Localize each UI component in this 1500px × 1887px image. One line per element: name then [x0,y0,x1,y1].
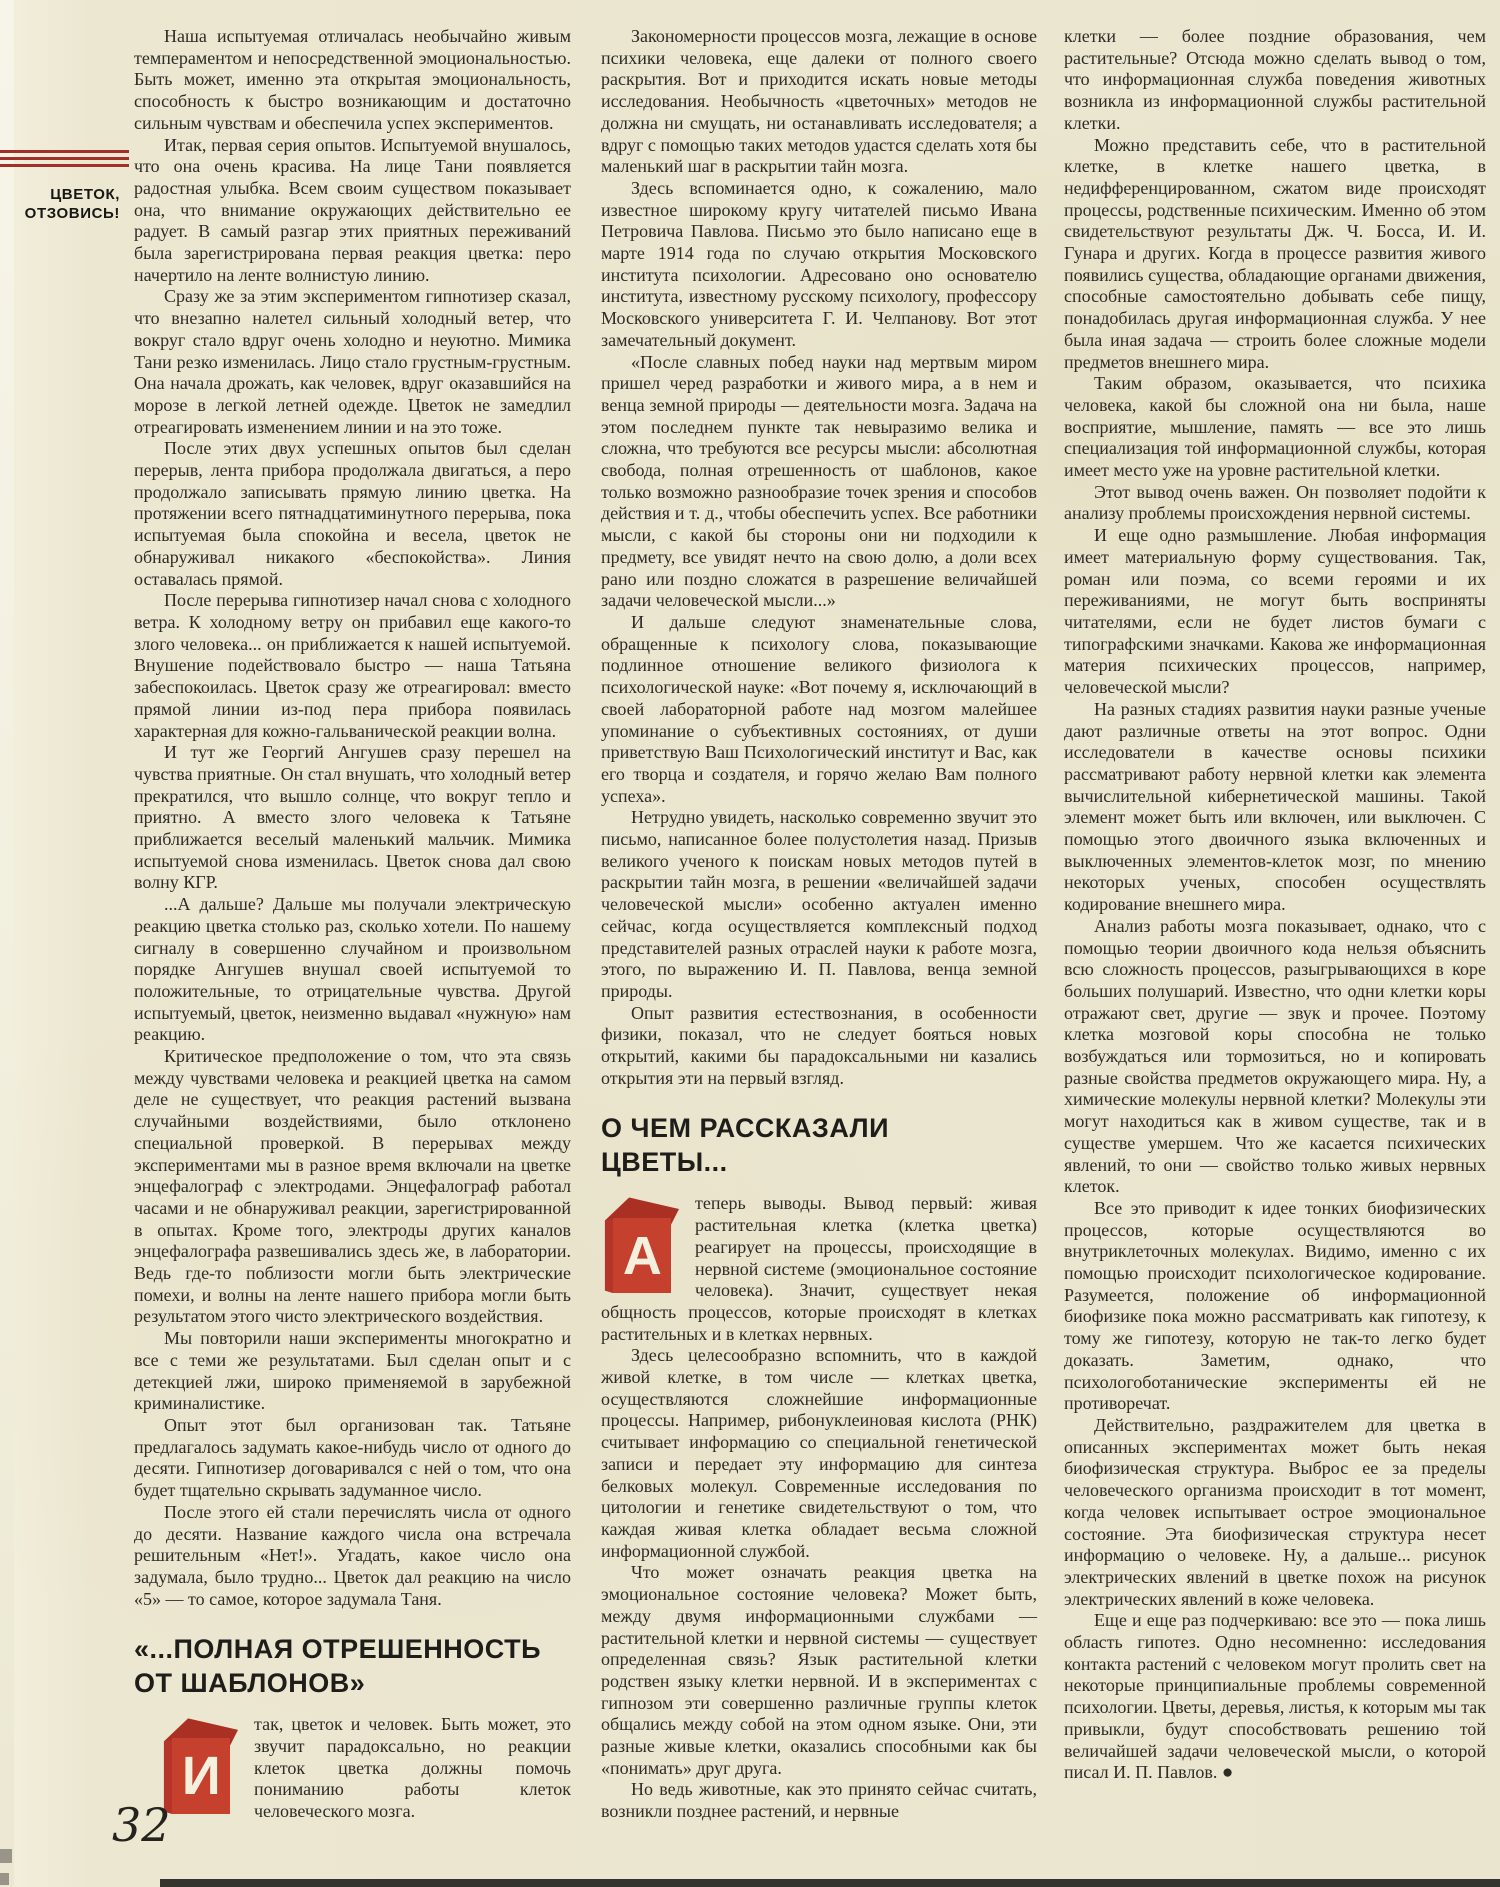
end-of-article-dot-icon: ● [1222,1762,1233,1783]
paragraph: Мы повторили наши эксперименты многократ… [134,1328,571,1415]
paragraph: Наша испытуемая отличалась необычайно жи… [134,26,571,135]
paragraph: Действительно, раздражителем для цветка … [1064,1415,1486,1610]
paragraph: Итак, первая серия опытов. Испытуемой вн… [134,135,571,287]
paragraph: И тут же Георгий Ангушев сразу перешел н… [134,742,571,894]
rubric-line-1: ЦВЕТОК, [0,185,120,204]
paragraph: Что может означать реакция цветка на эмо… [601,1562,1037,1779]
paragraph: После этих двух успешных опытов был сдел… [134,438,571,590]
rubric-line-2: ОТЗОВИСЬ! [0,204,120,223]
paragraph: Закономерности процессов мозга, лежащие … [601,26,1037,178]
dropcap-letter-i-icon: И [160,1718,238,1814]
paragraph: После перерыва гипнотизер начал снова с … [134,590,571,742]
paragraph: Здесь целесообразно вспомнить, что в каж… [601,1345,1037,1562]
scan-left-edge [0,0,14,1887]
dropcap-letter-a-icon: А [601,1197,679,1293]
column-1: Наша испытуемая отличалась необычайно жи… [134,26,571,1823]
scan-mark [0,1873,9,1885]
paragraph: После этого ей стали перечислять числа о… [134,1502,571,1611]
paragraph: И еще одно размышление. Любая информация… [1064,525,1486,699]
paragraph: Здесь вспоминается одно, к сожалению, ма… [601,178,1037,352]
paragraph: Можно представить себе, что в растительн… [1064,135,1486,374]
paragraph: Таким образом, оказывается, что психика … [1064,373,1486,482]
paragraph-last: Еще и еще раз подчеркиваю: все это — пок… [1064,1610,1486,1784]
paragraph: Но ведь животные, как это принято сейчас… [601,1779,1037,1822]
dropcap-text: так, цветок и человек. Быть может, это з… [254,1714,571,1821]
paragraph-continuation: клетки — более поздние образования, чем … [1064,26,1486,135]
paragraph: И дальше следуют знаменательные слова, о… [601,612,1037,807]
paragraph: Опыт этот был организован так. Татьяне п… [134,1415,571,1502]
dropcap-paragraph: И так, цветок и человек. Быть может, это… [134,1714,571,1823]
column-3: клетки — более поздние образования, чем … [1064,26,1486,1784]
paragraph: Сразу же за этим экспериментом гипнотизе… [134,286,571,438]
paragraph: Этот вывод очень важен. Он позволяет под… [1064,482,1486,525]
paragraph: Опыт развития естествознания, в особенно… [601,1003,1037,1090]
scan-bottom-edge [160,1879,1500,1887]
column-2: Закономерности процессов мозга, лежащие … [601,26,1037,1823]
magazine-page: ЦВЕТОК, ОТЗОВИСЬ! Наша испытуемая отлича… [0,0,1500,1887]
paragraph: Критическое предположение о том, что эта… [134,1046,571,1328]
section-heading-full-detachment: «...ПОЛНАЯ ОТРЕШЕННОСТЬ ОТ ШАБЛОНОВ» [134,1632,571,1700]
scan-mark [0,1849,12,1863]
page-number: 32 [112,1798,171,1852]
rubric-title: ЦВЕТОК, ОТЗОВИСЬ! [0,185,120,223]
paragraph: «После славных побед науки над мертвым м… [601,352,1037,612]
dropcap-paragraph: А теперь выводы. Вывод первый: живая рас… [601,1193,1037,1345]
paragraph: На разных стадиях развития науки разные … [1064,699,1486,916]
paragraph: ...А дальше? Дальше мы получали электрич… [134,894,571,1046]
section-heading-what-flowers-told: О ЧЕМ РАССКАЗАЛИ ЦВЕТЫ... [601,1111,1037,1179]
red-rules-decoration [0,150,129,171]
paragraph: Все это приводит к идее тонких биофизиче… [1064,1198,1486,1415]
paragraph: Анализ работы мозга показывает, однако, … [1064,916,1486,1198]
paragraph: Нетрудно увидеть, насколько современно з… [601,807,1037,1002]
